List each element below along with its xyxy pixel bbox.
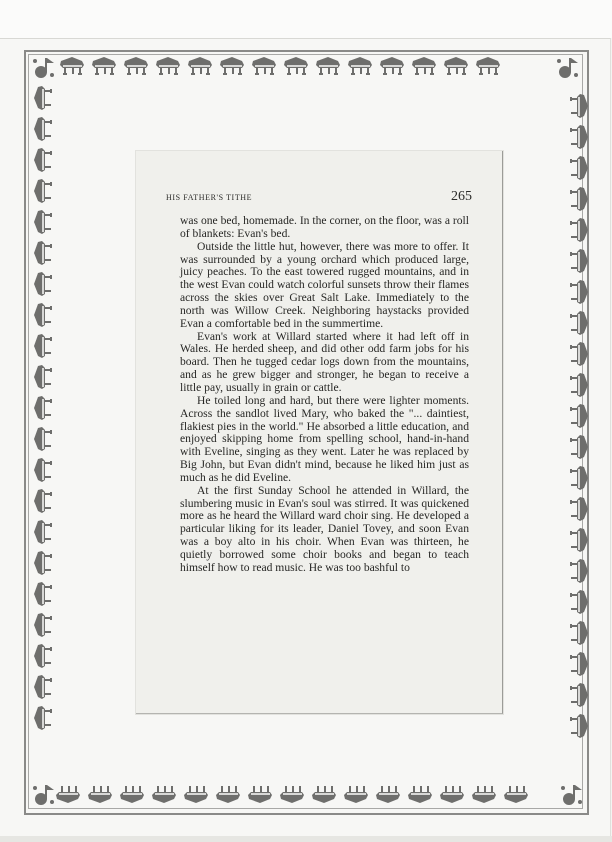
paragraph: He toiled long and hard, but there were … — [180, 395, 469, 485]
piano-icon — [570, 557, 591, 585]
music-note-icon — [560, 782, 584, 806]
piano-icon — [410, 55, 438, 76]
piano-icon — [246, 785, 274, 806]
piano-icon — [86, 785, 114, 806]
piano-icon — [32, 704, 53, 732]
piano-icon — [32, 611, 53, 639]
piano-icon — [32, 394, 53, 422]
piano-icon — [570, 247, 591, 275]
border-left-ornaments — [32, 84, 53, 732]
paragraph: was one bed, homemade. In the corner, on… — [180, 215, 469, 241]
piano-icon — [570, 309, 591, 337]
scanner-margin-bottom — [0, 836, 612, 842]
piano-icon — [570, 650, 591, 678]
piano-icon — [374, 785, 402, 806]
border-bottom-ornaments — [54, 785, 530, 806]
piano-icon — [570, 185, 591, 213]
music-note-icon — [32, 782, 56, 806]
piano-icon — [122, 55, 150, 76]
piano-icon — [570, 154, 591, 182]
piano-icon — [442, 55, 470, 76]
piano-icon — [250, 55, 278, 76]
piano-icon — [278, 785, 306, 806]
piano-icon — [378, 55, 406, 76]
piano-icon — [32, 177, 53, 205]
piano-icon — [342, 785, 370, 806]
piano-icon — [32, 642, 53, 670]
piano-icon — [32, 332, 53, 360]
piano-icon — [32, 673, 53, 701]
piano-icon — [570, 526, 591, 554]
piano-icon — [32, 270, 53, 298]
piano-icon — [32, 363, 53, 391]
piano-icon — [570, 433, 591, 461]
page-number: 265 — [451, 189, 472, 205]
piano-icon — [310, 785, 338, 806]
piano-icon — [32, 549, 53, 577]
piano-icon — [186, 55, 214, 76]
scanner-margin-top — [0, 0, 612, 38]
border-top-ornaments — [58, 55, 502, 76]
music-note-icon — [556, 55, 580, 79]
piano-icon — [32, 146, 53, 174]
piano-icon — [570, 588, 591, 616]
running-head: HIS FATHER'S TITHE 265 — [166, 189, 472, 205]
piano-icon — [570, 123, 591, 151]
piano-icon — [32, 301, 53, 329]
piano-icon — [470, 785, 498, 806]
piano-icon — [32, 456, 53, 484]
music-note-icon — [32, 55, 56, 79]
piano-icon — [502, 785, 530, 806]
paragraph: Outside the little hut, however, there w… — [180, 241, 469, 331]
piano-icon — [154, 55, 182, 76]
piano-icon — [32, 239, 53, 267]
piano-icon — [150, 785, 178, 806]
piano-icon — [438, 785, 466, 806]
piano-icon — [570, 681, 591, 709]
piano-icon — [32, 84, 53, 112]
piano-icon — [218, 55, 246, 76]
paragraph: At the first Sunday School he attended i… — [180, 485, 469, 575]
piano-icon — [346, 55, 374, 76]
piano-icon — [570, 92, 591, 120]
piano-icon — [282, 55, 310, 76]
piano-icon — [406, 785, 434, 806]
piano-icon — [570, 371, 591, 399]
piano-icon — [570, 340, 591, 368]
paragraph: Evan's work at Willard started where it … — [180, 331, 469, 395]
piano-icon — [32, 208, 53, 236]
piano-icon — [32, 518, 53, 546]
piano-icon — [570, 712, 591, 740]
piano-icon — [474, 55, 502, 76]
piano-icon — [570, 216, 591, 244]
piano-icon — [90, 55, 118, 76]
piano-icon — [54, 785, 82, 806]
piano-icon — [182, 785, 210, 806]
piano-icon — [32, 580, 53, 608]
piano-icon — [32, 487, 53, 515]
piano-icon — [118, 785, 146, 806]
piano-icon — [58, 55, 86, 76]
piano-icon — [570, 495, 591, 523]
border-right-ornaments — [570, 92, 591, 740]
piano-icon — [32, 425, 53, 453]
book-page: HIS FATHER'S TITHE 265 was one bed, home… — [136, 151, 503, 714]
piano-icon — [570, 464, 591, 492]
piano-icon — [32, 115, 53, 143]
piano-icon — [214, 785, 242, 806]
piano-icon — [314, 55, 342, 76]
piano-icon — [570, 619, 591, 647]
piano-icon — [570, 278, 591, 306]
chapter-title: HIS FATHER'S TITHE — [166, 193, 252, 202]
body-text: was one bed, homemade. In the corner, on… — [180, 215, 469, 575]
piano-icon — [570, 402, 591, 430]
